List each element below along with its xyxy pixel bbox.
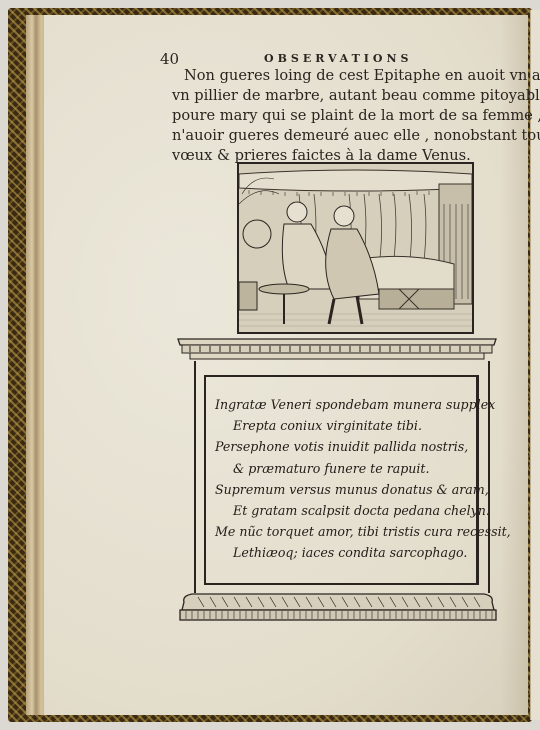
monument-base xyxy=(178,592,498,622)
verse-line: Supremum versus munus donatus & aram, xyxy=(215,479,475,500)
verse-line: Me nũc torquet amor, tibi tristis cura r… xyxy=(215,521,475,542)
woodcut-scene-icon xyxy=(239,164,472,332)
verse-line: Lethiæoq; iaces condita sarcophago. xyxy=(215,542,475,563)
woodcut-illustration xyxy=(237,162,474,334)
body-paragraph: Non gueres loing de cest Epitaphe en auo… xyxy=(172,66,507,166)
verse-line: Persephone votis inuidit pallida nostris… xyxy=(215,436,475,457)
monument-cornice xyxy=(176,337,498,361)
running-head: OBSERVATIONS xyxy=(264,52,412,65)
epitaph-verse: Ingratæ Veneri spondebam munera supplex … xyxy=(215,394,475,564)
body-line: vn pillier de marbre, autant beau comme … xyxy=(172,86,507,106)
body-line: poure mary qui se plaint de la mort de s… xyxy=(172,106,507,126)
verse-line: & præmaturo funere te rapuit. xyxy=(215,458,475,479)
page-edges xyxy=(26,15,46,715)
body-line: Non gueres loing de cest Epitaphe en auo… xyxy=(172,66,507,86)
body-line: n'auoir gueres demeuré auec elle , nonob… xyxy=(172,126,507,146)
verse-line: Et gratam scalpsit docta pedana chelyn. xyxy=(215,500,475,521)
verse-line: Erepta coniux virginitate tibi. xyxy=(215,415,475,436)
verse-line: Ingratæ Veneri spondebam munera supplex xyxy=(215,394,475,415)
